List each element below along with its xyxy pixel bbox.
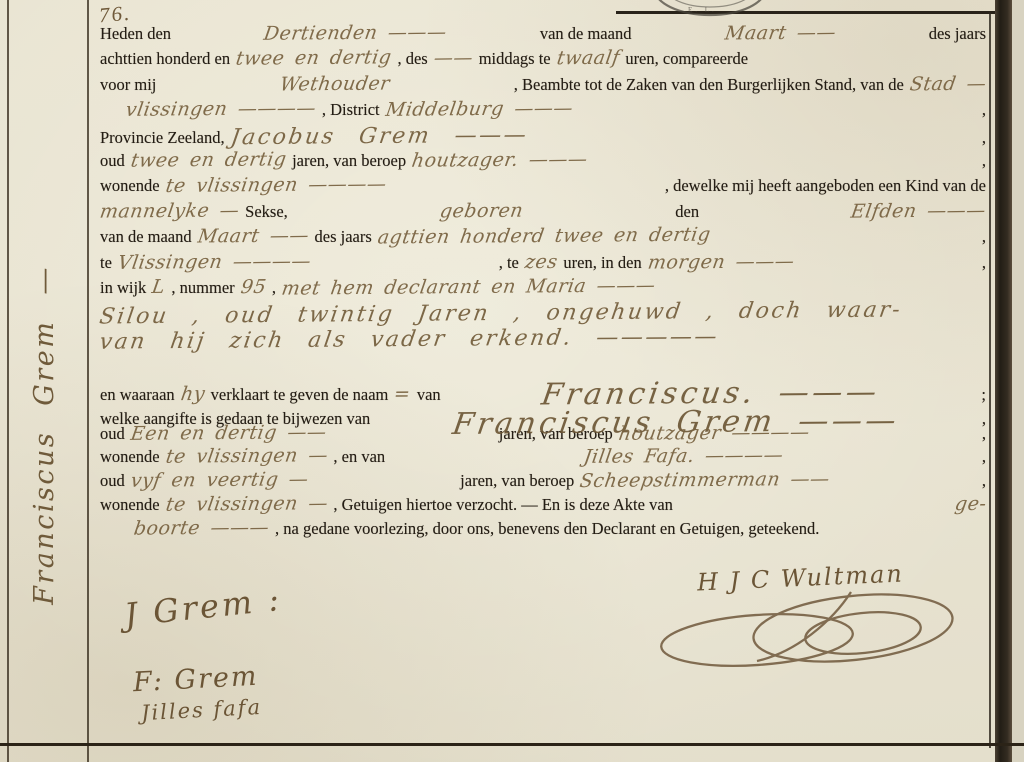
printed-text: , Getuigen hiertoe verzocht. — En is dez… <box>333 495 673 515</box>
handwritten-entry: houtzager. ——— <box>411 150 589 171</box>
form-line: en waaraanhyverklaart te geven de naam=v… <box>100 376 986 400</box>
printed-text: te <box>100 253 112 273</box>
printed-text: , en van <box>333 447 385 467</box>
printed-text: oud <box>100 471 125 491</box>
form-line: mannelyke —Sekse,geborendenElfden ——— <box>100 202 986 227</box>
handwritten-entry: 95 <box>239 278 267 297</box>
handwritten-entry: zes <box>523 252 558 271</box>
handwritten-entry: Stad — <box>908 74 987 94</box>
printed-text: , nummer <box>171 278 234 298</box>
form-line: wonendete vlissingen —, en vanJilles Faf… <box>100 447 986 471</box>
handwritten-entry: te vlissingen — <box>164 447 329 467</box>
ink-stamp: E. L. <box>648 0 778 22</box>
form-line: oudtwee en dertigjaren, van beroephoutza… <box>100 151 986 176</box>
printed-text: van <box>417 385 441 405</box>
printed-text: wonende <box>100 176 160 196</box>
printed-text: in wijk <box>100 278 146 298</box>
margin-rule-right <box>87 0 89 762</box>
handwritten-entry: boorte ——— <box>132 518 270 538</box>
handwritten-entry: Jilles Fafa. ———— <box>582 447 784 468</box>
handwritten-entry: Wethouder <box>279 74 392 94</box>
printed-text: , <box>982 471 986 491</box>
printed-text: verklaart te geven de naam <box>211 385 389 405</box>
handwritten-entry: twaalf <box>555 49 621 69</box>
handwritten-entry: Silou , oud twintig Jaren , ongehuwd , d… <box>98 300 904 329</box>
paragraph-naming-witnesses: en waaraanhyverklaart te geven de naam=v… <box>100 376 986 543</box>
document-body: Heden denDertienden ———van de maandMaart… <box>100 24 986 543</box>
printed-text: van de maand <box>100 227 192 247</box>
form-line: vlissingen ————, DistrictMiddelburg ———, <box>100 100 986 125</box>
printed-text: , des <box>397 49 427 69</box>
form-line: Heden denDertienden ———van de maandMaart… <box>100 24 986 49</box>
printed-text: oud <box>100 424 125 444</box>
form-line: teVlissingen ————, tezesuren, in denmorg… <box>100 253 986 278</box>
witness1-signature: F: Grem <box>132 661 259 699</box>
right-edge-rule <box>989 11 991 748</box>
printed-text: wonende <box>100 447 160 467</box>
handwritten-entry: = <box>393 385 412 404</box>
handwritten-entry: Scheepstimmerman —— <box>579 470 832 491</box>
printed-text: middags te <box>479 49 551 69</box>
form-line: van de maandMaart ——des jaarsagttien hon… <box>100 227 986 252</box>
printed-text: , <box>982 100 986 120</box>
handwritten-entry: Jacobus Grem ——— <box>229 124 530 149</box>
printed-text: , <box>982 424 986 444</box>
birth-certificate-page: E. L. 76. Franciscus Grem — Heden denDer… <box>0 0 1024 762</box>
form-line: van hij zich als vader erkend. ————— <box>100 329 986 354</box>
form-line: Provincie Zeeland,Jacobus Grem ———, <box>100 126 986 151</box>
binding-shadow-band <box>995 0 1012 762</box>
handwritten-entry: houtzager ———— <box>617 423 811 444</box>
printed-text: , <box>982 253 986 273</box>
form-line: oudvyf en veertig —jaren, van beroepSche… <box>100 471 986 495</box>
handwritten-entry: ge- <box>953 495 987 514</box>
handwritten-entry: vlissingen ———— <box>124 99 317 120</box>
witness2-signature: Jilles fafa <box>140 695 262 725</box>
handwritten-entry: L <box>151 278 167 297</box>
printed-text: Sekse, <box>245 202 288 222</box>
form-line: achttien honderd entwee en dertig, des——… <box>100 49 986 74</box>
printed-text: wonende <box>100 495 160 515</box>
handwritten-entry: mannelyke — <box>98 201 240 221</box>
handwritten-entry: agttien honderd twee en dertig <box>376 226 712 248</box>
handwritten-entry: Vlissingen ———— <box>116 252 312 273</box>
printed-text: en waaraan <box>100 385 175 405</box>
handwritten-entry: morgen ——— <box>646 252 795 272</box>
printed-text: des jaars <box>315 227 372 247</box>
printed-text: voor mij <box>100 75 156 95</box>
signature-flourish <box>645 590 975 674</box>
printed-text: , <box>982 151 986 171</box>
handwritten-entry: geboren <box>439 201 525 221</box>
handwritten-entry: Elfden ——— <box>850 201 988 221</box>
handwritten-entry: twee en dertig <box>129 150 287 170</box>
handwritten-entry: twee en dertig <box>235 49 393 69</box>
handwritten-entry: Dertienden ——— <box>263 23 449 44</box>
printed-text: achttien honderd en <box>100 49 230 69</box>
printed-text: jaren, van beroep <box>292 151 406 171</box>
printed-text: uren, in den <box>563 253 641 273</box>
form-line: wonendete vlissingen —, Getuigen hiertoe… <box>100 495 986 519</box>
handwritten-entry: Middelburg ——— <box>384 99 574 120</box>
page-edge-paper <box>1012 0 1024 762</box>
printed-text: oud <box>100 151 125 171</box>
printed-text: ; <box>981 385 986 405</box>
handwritten-entry: met hem declarant en Maria ——— <box>280 276 656 298</box>
form-line: boorte ———, na gedane voorlezing, door o… <box>100 519 986 543</box>
handwritten-entry: Maart —— <box>196 227 310 247</box>
printed-text: , dewelke mij heeft aangeboden een Kind … <box>665 176 986 196</box>
printed-text: , <box>982 227 986 247</box>
handwritten-entry: te vlissingen ———— <box>164 175 387 196</box>
printed-text: , te <box>499 253 519 273</box>
printed-text: , <box>982 447 986 467</box>
handwritten-entry: Een en dertig —— <box>129 423 327 444</box>
printed-text: uren, compareerde <box>625 49 748 69</box>
printed-text: , na gedane voorlezing, door ons, beneve… <box>275 519 819 539</box>
declarant-signature: J Grem : <box>122 580 283 634</box>
handwritten-entry: Maart —— <box>723 24 837 44</box>
margin-note-child-name: Franciscus Grem — <box>29 141 67 729</box>
paragraph-registration: Heden denDertienden ———van de maandMaart… <box>100 24 986 354</box>
bottom-rule <box>0 743 1024 746</box>
form-line: wonendete vlissingen ————, dewelke mij h… <box>100 176 986 201</box>
printed-text: jaren, van beroep <box>460 471 574 491</box>
printed-text: Provincie Zeeland, <box>100 128 225 148</box>
printed-text: , District <box>322 100 380 120</box>
printed-text: , Beambte tot de Zaken van den Burgerlij… <box>514 75 904 95</box>
printed-text: , <box>982 128 986 148</box>
handwritten-entry: —— <box>432 49 474 68</box>
form-line: voor mijWethouder, Beambte tot de Zaken … <box>100 75 986 100</box>
handwritten-entry: van hij zich als vader erkend. ————— <box>98 326 721 353</box>
margin-rule-left <box>7 0 9 762</box>
printed-text: , <box>272 278 276 298</box>
handwritten-entry: hy <box>179 385 206 404</box>
printed-text: den <box>675 202 699 222</box>
handwritten-entry: vyf en veertig — <box>129 470 309 491</box>
printed-text: van de maand <box>540 24 632 44</box>
stamp-text: E. L. <box>688 6 717 14</box>
printed-text: des jaars <box>929 24 986 44</box>
handwritten-entry: te vlissingen — <box>164 494 329 514</box>
printed-text: Heden den <box>100 24 171 44</box>
